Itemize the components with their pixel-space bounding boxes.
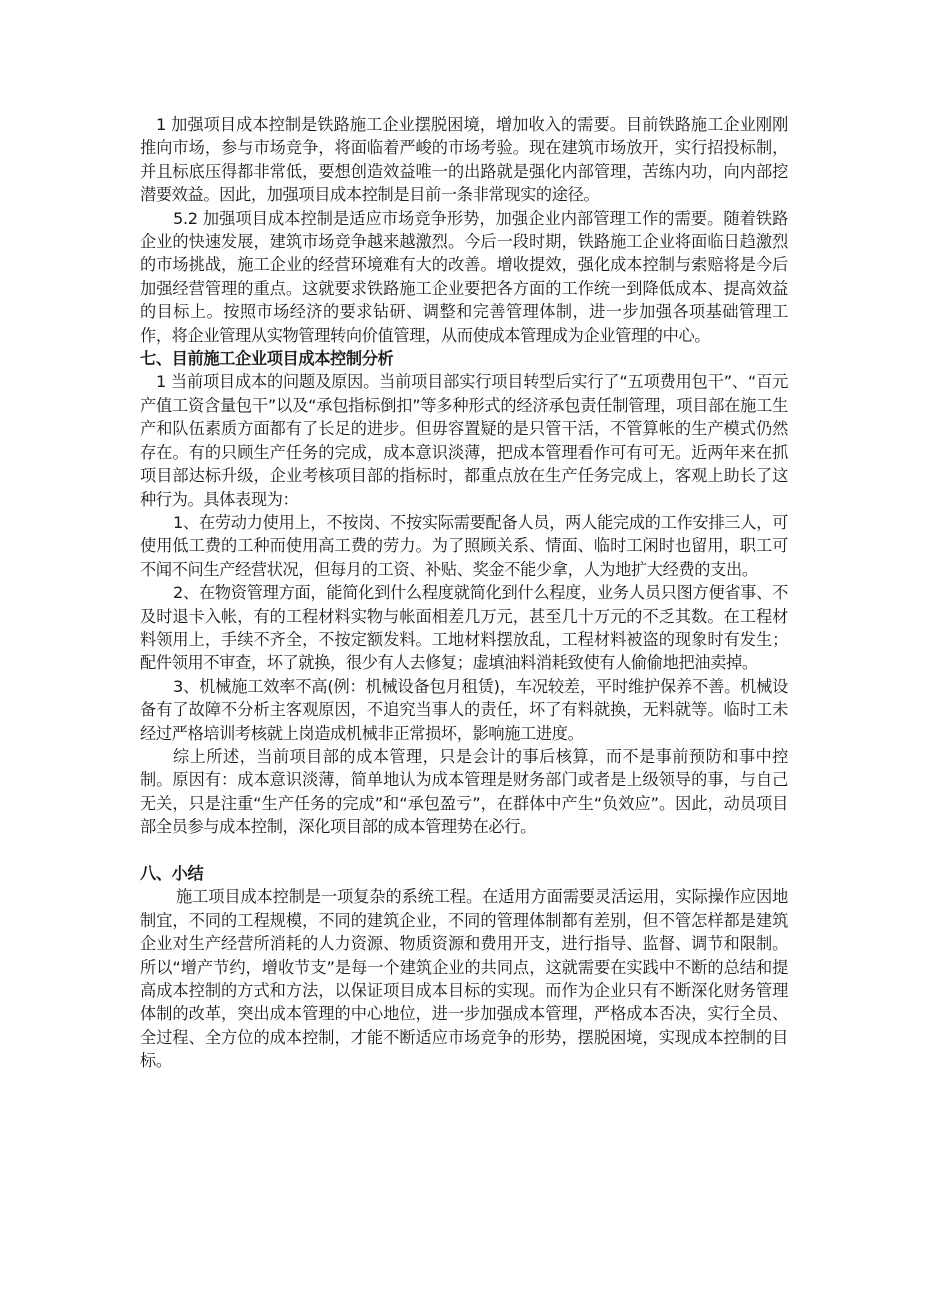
blank-line: [140, 839, 788, 862]
paragraph-section8-body: 施工项目成本控制是一项复杂的系统工程。在适用方面需要灵活运用，实际操作应因地制宜…: [140, 885, 788, 1072]
paragraph-5-2-market-competition: 5.2 加强项目成本控制是适应市场竞争形势，加强企业内部管理工作的需要。随着铁路…: [140, 207, 788, 347]
list-item-labor: 1、在劳动力使用上，不按岗、不按实际需要配备人员，两人能完成的工作安排三人，可使…: [140, 511, 788, 581]
document-page: 1 加强项目成本控制是铁路施工企业摆脱困境，增加收入的需要。目前铁路施工企业刚刚…: [140, 113, 788, 1073]
list-item-materials: 2、在物资管理方面，能简化到什么程度就简化到什么程度，业务人员只图方便省事、不及…: [140, 581, 788, 675]
paragraph-section7-intro: 1 当前项目成本的问题及原因。当前项目部实行项目转型后实行了“五项费用包干”、“…: [140, 370, 788, 510]
list-item-machinery: 3、机械施工效率不高(例：机械设备包月租赁)，车况较差，平时维护保养不善。机械设…: [140, 675, 788, 745]
paragraph-section7-summary: 综上所述，当前项目部的成本管理，只是会计的事后核算，而不是事前预防和事中控制。原…: [140, 745, 788, 839]
section-heading-8: 八、小结: [140, 862, 788, 885]
section-heading-7: 七、目前施工企业项目成本控制分析: [140, 347, 788, 370]
paragraph-cost-control-need: 1 加强项目成本控制是铁路施工企业摆脱困境，增加收入的需要。目前铁路施工企业刚刚…: [140, 113, 788, 207]
